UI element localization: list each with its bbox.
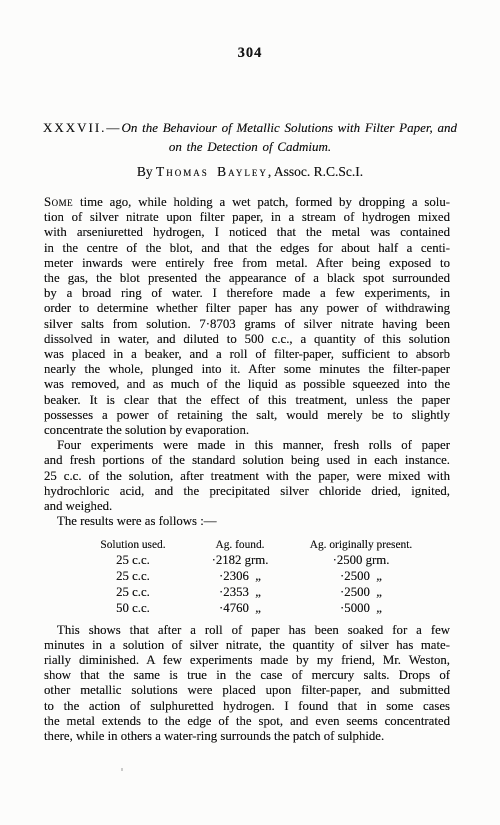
scan-artifact-speck: [121, 768, 123, 771]
table-row: 50 c.c.·4760 „·5000 „: [74, 601, 434, 617]
text-line: 25 c.c. of the solution, after treatment…: [44, 469, 450, 484]
column-header-solution-used: Solution used.: [74, 538, 192, 553]
text-line: with arseniuretted hydrogen, I noticed t…: [44, 225, 450, 240]
paragraph-conclusion: This shows that after a roll of paper ha…: [44, 623, 450, 745]
text-line: nearly the whole, plunged into it. After…: [44, 362, 450, 377]
text-line: Some time ago, while holding a wet patch…: [44, 195, 450, 210]
table-cell: ·2500 grm.: [288, 553, 434, 569]
article-title: XXXVII.—On the Behaviour of Metallic Sol…: [40, 119, 460, 156]
text-line: show that the same is true in the case o…: [44, 668, 450, 683]
byline-prefix: By: [137, 164, 156, 179]
article-title-line2: on the Detection of Cadmium.: [169, 139, 331, 154]
text-line: was removed, and as much of the liquid a…: [44, 377, 450, 392]
text-line: beaker. It is clear that the effect of t…: [44, 393, 450, 408]
byline-suffix: , Assoc. R.C.Sc.I.: [268, 164, 363, 179]
text-line: order to determine whether filter paper …: [44, 301, 450, 316]
page-number: 304: [0, 45, 500, 62]
text-line: dissolved in water, and diluted to 500 c…: [44, 332, 450, 347]
text-line: possesses a power of retaining the salt,…: [44, 408, 450, 423]
table-cell: 25 c.c.: [74, 553, 192, 569]
article-title-line1: On the Behaviour of Metallic Solutions w…: [121, 120, 457, 135]
byline: By Thomas Bayley, Assoc. R.C.Sc.I.: [0, 164, 500, 180]
text-line: to the action of sulphuretted hydrogen. …: [44, 699, 450, 714]
text-line: Four experiments were made in this manne…: [44, 438, 450, 453]
column-header-ag-originally-present: Ag. originally present.: [288, 538, 434, 553]
text-line: rially diminished. A few experiments mad…: [44, 653, 450, 668]
text-line: and fresh portions of the standard solut…: [44, 453, 450, 468]
text-line: concentrate the solution by evaporation.: [44, 423, 450, 438]
table-cell: ·2306 „: [192, 569, 288, 585]
results-table-body: 25 c.c.·2182 grm.·2500 grm.25 c.c.·2306 …: [74, 553, 434, 616]
text-line: meter inwards were entirely free from me…: [44, 256, 450, 271]
journal-page: 304 XXXVII.—On the Behaviour of Metallic…: [0, 0, 500, 825]
table-row: 25 c.c.·2182 grm.·2500 grm.: [74, 553, 434, 569]
table-cell: ·2500 „: [288, 585, 434, 601]
text-line: tion of silver nitrate upon filter paper…: [44, 210, 450, 225]
text-line: there, while in others a water-ring surr…: [44, 729, 450, 744]
table-cell: ·4760 „: [192, 601, 288, 617]
text-line: The results were as follows :—: [44, 514, 450, 529]
table-cell: 25 c.c.: [74, 569, 192, 585]
text-line: and weighed.: [44, 499, 450, 514]
paragraph-results-intro: The results were as follows :—: [44, 514, 450, 529]
lead-word: Some: [44, 195, 73, 209]
text-line: other metallic solutions were placed upo…: [44, 683, 450, 698]
text-line: by a broad ring of water. I therefore ma…: [44, 286, 450, 301]
article-body: Some time ago, while holding a wet patch…: [44, 195, 450, 744]
table-row: 25 c.c.·2306 „·2500 „: [74, 569, 434, 585]
column-header-ag-found: Ag. found.: [192, 538, 288, 553]
table-cell: 25 c.c.: [74, 585, 192, 601]
text-line: the gas, the blot presented the appearan…: [44, 271, 450, 286]
paragraph-opening: Some time ago, while holding a wet patch…: [44, 195, 450, 438]
table-cell: ·2353 „: [192, 585, 288, 601]
text-line: in the centre of the blot, and that the …: [44, 241, 450, 256]
table-row: 25 c.c.·2353 „·2500 „: [74, 585, 434, 601]
article-number: XXXVII.—: [43, 120, 121, 135]
table-cell: 50 c.c.: [74, 601, 192, 617]
text-line: the metal extends to the edge of the spo…: [44, 714, 450, 729]
table-header-row: Solution used. Ag. found. Ag. originally…: [74, 538, 434, 553]
author-name: Thomas Bayley: [156, 164, 268, 179]
text-line: This shows that after a roll of paper ha…: [44, 623, 450, 638]
paragraph-experiments: Four experiments were made in this manne…: [44, 438, 450, 514]
text-line: silver salts from solution. 7·8703 grams…: [44, 317, 450, 332]
text-line: hydrochloric acid, and the precipitated …: [44, 484, 450, 499]
results-table-head: Solution used. Ag. found. Ag. originally…: [74, 538, 434, 553]
table-cell: ·2182 grm.: [192, 553, 288, 569]
results-table: Solution used. Ag. found. Ag. originally…: [74, 538, 434, 616]
text-line: minutes in a solution of silver nitrate,…: [44, 638, 450, 653]
table-cell: ·5000 „: [288, 601, 434, 617]
table-cell: ·2500 „: [288, 569, 434, 585]
text-line: was placed in a beaker, and a roll of fi…: [44, 347, 450, 362]
